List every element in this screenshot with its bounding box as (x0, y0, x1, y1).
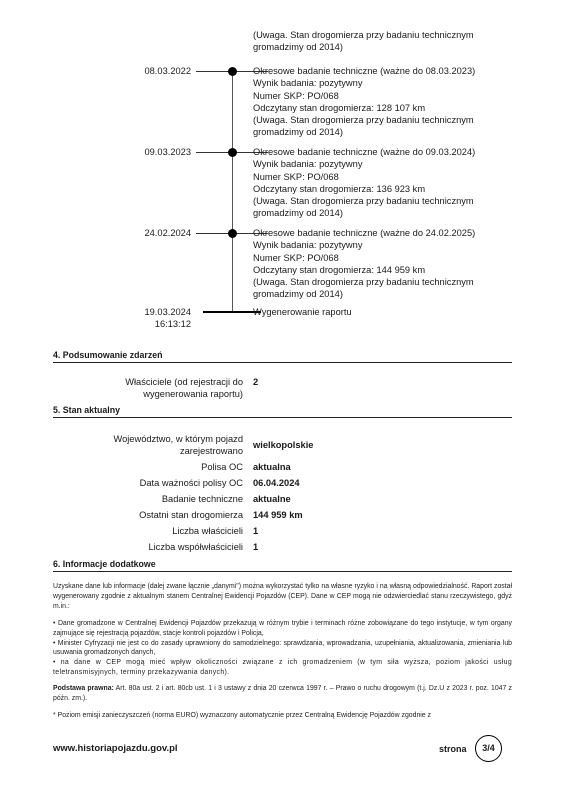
event-dot-icon (228, 148, 237, 157)
event-skp: Numer SKP: PO/068 (253, 90, 533, 102)
label-line: zarejestrowano (43, 445, 243, 457)
timeline-intro-note: (Uwaga. Stan drogomierza przy badaniu te… (253, 29, 533, 54)
event-result: Wynik badania: pozytywny (253, 77, 533, 89)
event-skp: Numer SKP: PO/068 (253, 171, 533, 183)
row-value: 06.04.2024 (253, 477, 300, 489)
bullet-item: • Minister Cyfryzacji nie jest co do zas… (53, 639, 512, 659)
disclaimer-text: Uzyskane dane lub informacje (dalej zwan… (53, 582, 512, 611)
event-note: (Uwaga. Stan drogomierza przy badaniu te… (253, 114, 533, 126)
row-value: 144 959 km (253, 509, 303, 521)
event-date: 08.03.2022 (91, 65, 191, 77)
row-label: Liczba właścicieli (43, 525, 243, 537)
event-odometer: Odczytany stan drogomierza: 128 107 km (253, 102, 533, 114)
event-note: gromadzimy od 2014) (253, 207, 533, 219)
bullet-item: • na dane w CEP mogą mieć wpływ okoliczn… (53, 658, 512, 678)
event-title: Okresowe badanie techniczne (ważne do 24… (253, 227, 533, 239)
event-details: Okresowe badanie techniczne (ważne do 08… (253, 65, 533, 139)
event-title: Okresowe badanie techniczne (ważne do 09… (253, 146, 533, 158)
footer-page-label: strona (439, 744, 467, 754)
event-dot-icon (228, 229, 237, 238)
footnote: * Poziom emisji zanieczyszczeń (norma EU… (53, 711, 512, 721)
event-date: 24.02.2024 (91, 227, 191, 239)
row-label: Liczba współwłaścicieli (43, 541, 243, 553)
section-5-title: 5. Stan aktualny (53, 405, 512, 418)
event-dot-icon (228, 67, 237, 76)
event-result: Wynik badania: pozytywny (253, 158, 533, 170)
event-note: (Uwaga. Stan drogomierza przy badaniu te… (253, 276, 533, 288)
legal-basis-label: Podstawa prawna: (53, 685, 114, 692)
event-details: Okresowe badanie techniczne (ważne do 09… (253, 146, 533, 220)
event-note: gromadzimy od 2014) (253, 288, 533, 300)
row-label: Właściciele (od rejestracji do wygenerow… (43, 376, 243, 400)
event-note: gromadzimy od 2014) (253, 126, 533, 138)
bullet-item: • Dane gromadzone w Centralnej Ewidencji… (53, 619, 512, 639)
row-label: Badanie techniczne (43, 493, 243, 505)
footnote-text: * Poziom emisji zanieczyszczeń (norma EU… (53, 711, 512, 721)
label-line: Województwo, w którym pojazd (43, 433, 243, 445)
section-4-title: 4. Podsumowanie zdarzeń (53, 350, 512, 363)
label-line: Właściciele (od rejestracji do (43, 376, 243, 388)
event-title: Okresowe badanie techniczne (ważne do 08… (253, 65, 533, 77)
end-label: Wygenerowanie raportu (253, 306, 533, 318)
row-label: Polisa OC (43, 461, 243, 473)
event-note: (Uwaga. Stan drogomierza przy badaniu te… (253, 195, 533, 207)
row-value: wielkopolskie (253, 439, 313, 451)
note-line: gromadzimy od 2014) (253, 41, 533, 53)
row-value: 1 (253, 541, 258, 553)
event-skp: Numer SKP: PO/068 (253, 252, 533, 264)
row-label: Ostatni stan drogomierza (43, 509, 243, 521)
legal-basis: Podstawa prawna: Art. 80a ust. 2 i art. … (53, 684, 512, 704)
end-time: 16:13:12 (91, 318, 191, 330)
event-odometer: Odczytany stan drogomierza: 144 959 km (253, 264, 533, 276)
row-value: aktualna (253, 461, 291, 473)
event-details: Okresowe badanie techniczne (ważne do 24… (253, 227, 533, 301)
row-value: 2 (253, 376, 258, 388)
event-result: Wynik badania: pozytywny (253, 239, 533, 251)
footer-url-link[interactable]: www.historiapojazdu.gov.pl (53, 743, 178, 754)
event-date: 09.03.2023 (91, 146, 191, 158)
disclaimer-intro: Uzyskane dane lub informacje (dalej zwan… (53, 582, 512, 611)
label-line: wygenerowania raportu) (43, 388, 243, 400)
end-date: 19.03.2024 (91, 306, 191, 318)
end-label-text: Wygenerowanie raportu (253, 306, 533, 318)
note-line: (Uwaga. Stan drogomierza przy badaniu te… (253, 29, 533, 41)
disclaimer-bullets: • Dane gromadzone w Centralnej Ewidencji… (53, 619, 512, 678)
legal-basis-text: Art. 80a ust. 2 i art. 80cb ust. 1 i 3 u… (53, 685, 512, 702)
event-odometer: Odczytany stan drogomierza: 136 923 km (253, 183, 533, 195)
row-label: Województwo, w którym pojazd zarejestrow… (43, 433, 243, 457)
section-6-title: 6. Informacje dodatkowe (53, 559, 512, 572)
page-number-badge: 3/4 (475, 735, 502, 762)
row-value: 1 (253, 525, 258, 537)
row-value: aktualne (253, 493, 291, 505)
timeline-line (232, 71, 233, 312)
row-label: Data ważności polisy OC (43, 477, 243, 489)
